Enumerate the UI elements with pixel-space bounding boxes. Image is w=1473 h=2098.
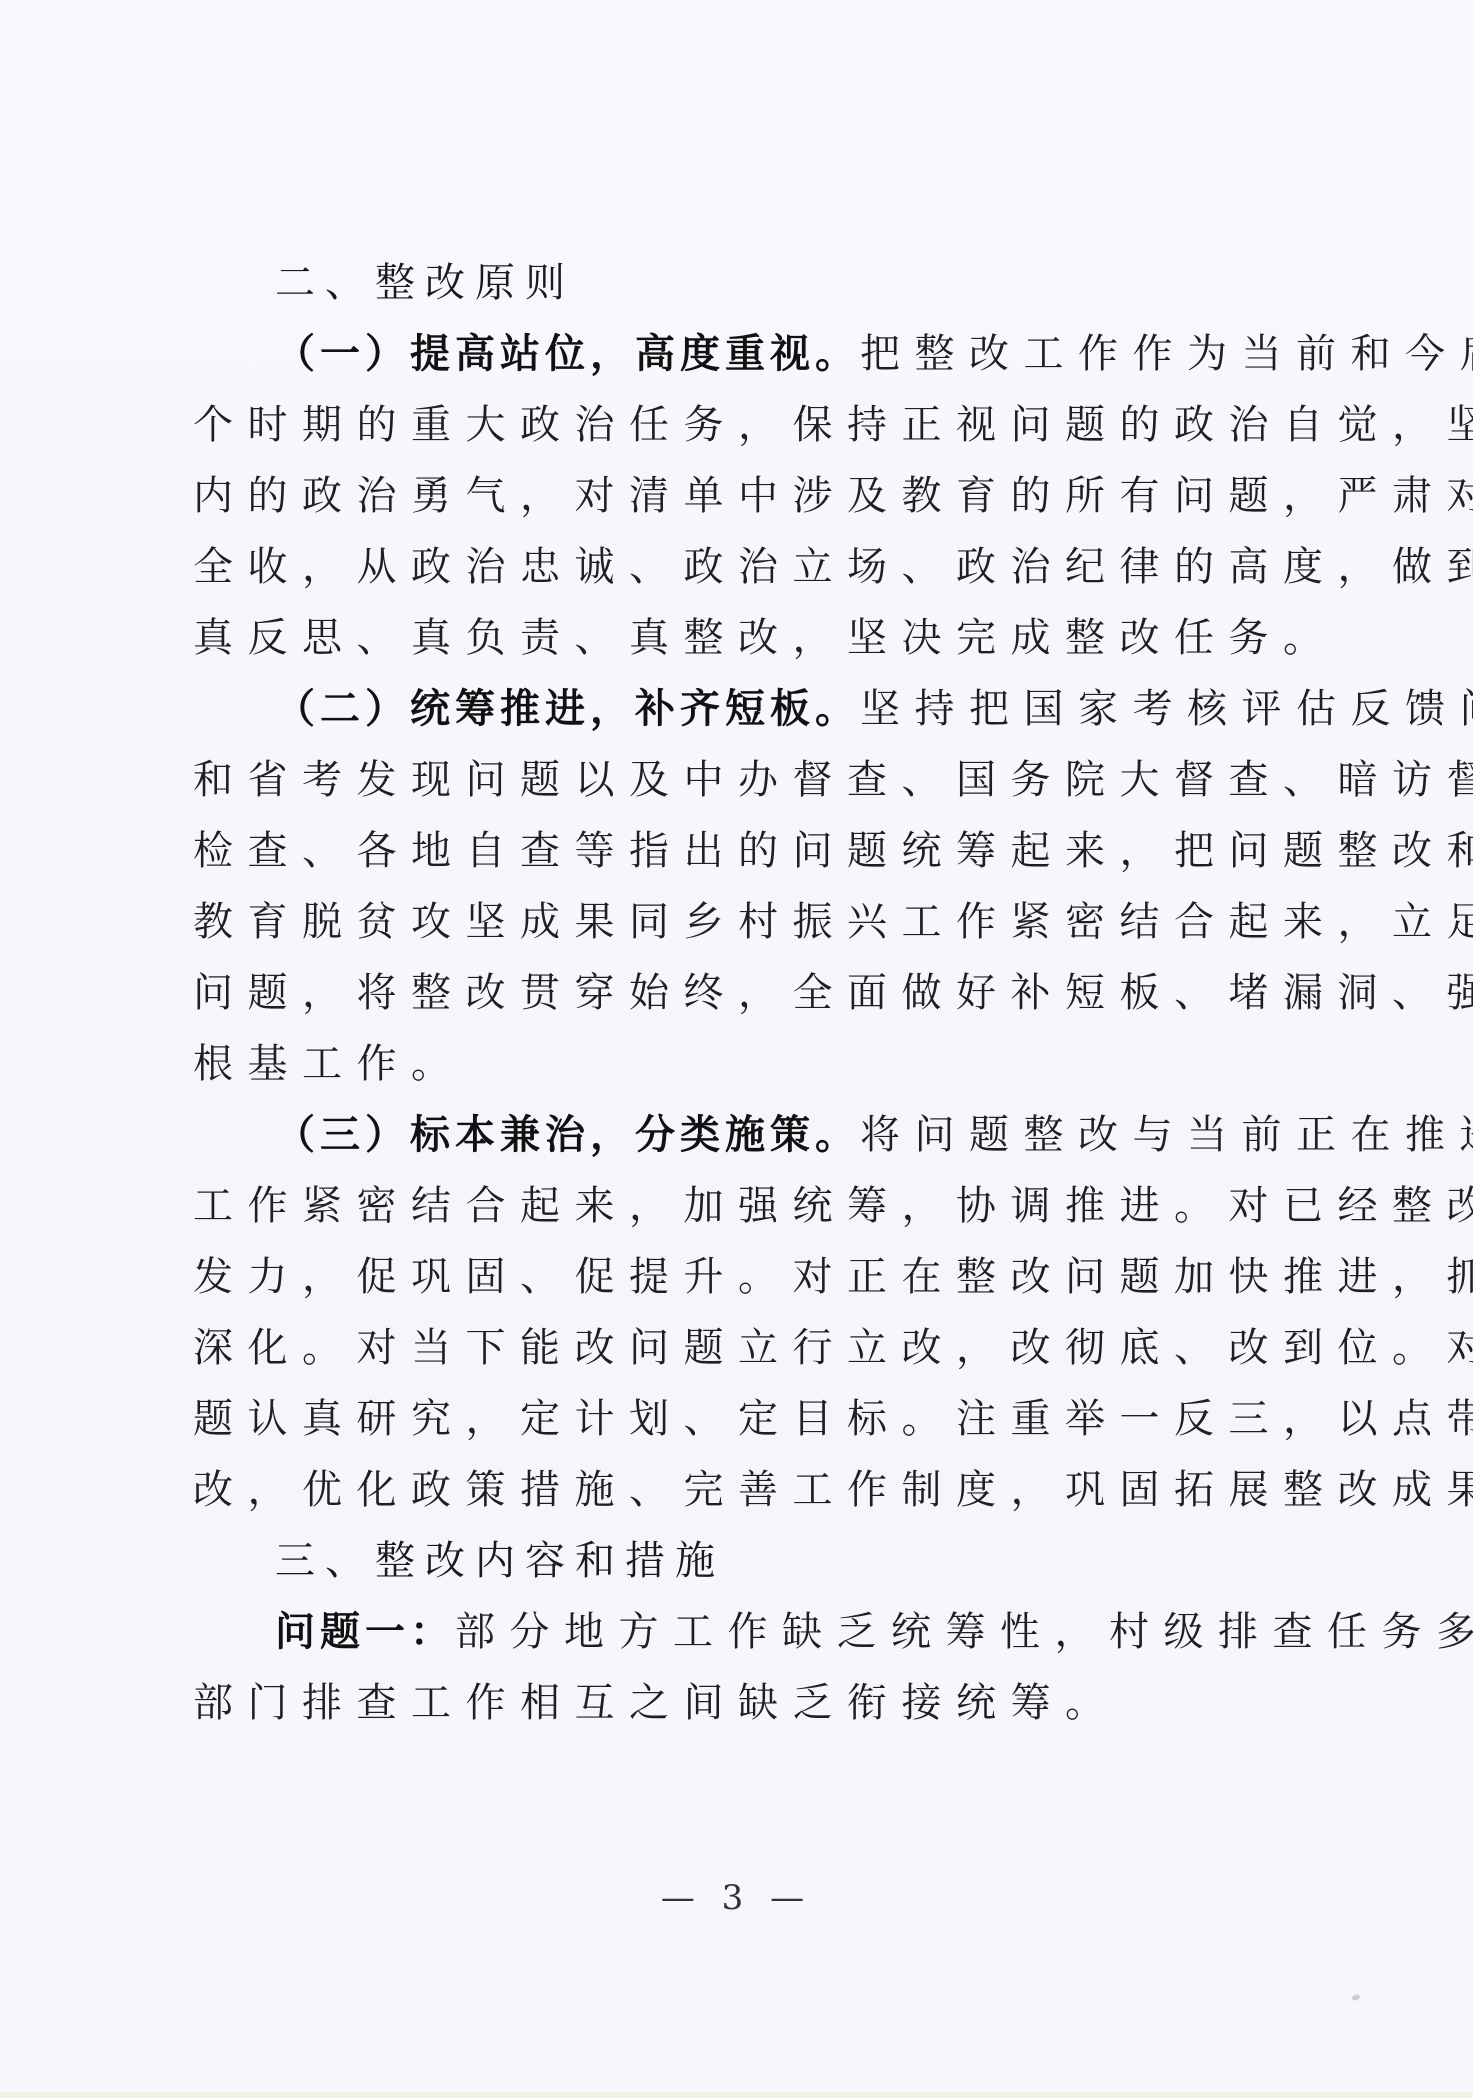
principle-3-first-line: （三）标本兼治，分类施策。将问题整改与当前正在推进的 bbox=[193, 1100, 1293, 1171]
paragraph-line: 题认真研究，定计划、定目标。注重举一反三，以点带面全面整 bbox=[193, 1384, 1293, 1455]
paragraph-line: 内的政治勇气，对清单中涉及教育的所有问题，严肃对待、照单 bbox=[193, 461, 1293, 532]
paragraph-line: 个时期的重大政治任务，保持正视问题的政治自觉，坚持刀刃向 bbox=[193, 390, 1293, 461]
paragraph-line: 改，优化政策措施、完善工作制度，巩固拓展整改成果。 bbox=[193, 1455, 1293, 1526]
document-body: 二、整改原则 （一）提高站位，高度重视。把整改工作作为当前和今后一 个时期的重大… bbox=[193, 248, 1293, 1739]
paragraph-line: 真反思、真负责、真整改，坚决完成整改任务。 bbox=[193, 603, 1293, 674]
problem-1-text: 部分地方工作缺乏统筹性，村级排查任务多头安排， bbox=[455, 1609, 1473, 1655]
paragraph-line: 检查、各地自查等指出的问题统筹起来，把问题整改和巩固拓展 bbox=[193, 816, 1293, 887]
principle-3-text: 将问题整改与当前正在推进的 bbox=[860, 1112, 1473, 1158]
paragraph-line: 和省考发现问题以及中办督查、国务院大督查、暗访督导、审计 bbox=[193, 745, 1293, 816]
principle-1-text: 把整改工作作为当前和今后一 bbox=[860, 331, 1473, 377]
principle-3-lead: （三）标本兼治，分类施策。 bbox=[275, 1112, 860, 1158]
paragraph-line: 部门排查工作相互之间缺乏衔接统筹。 bbox=[193, 1668, 1293, 1739]
scan-bottom-edge bbox=[0, 2092, 1473, 2098]
page-number: — 3 — bbox=[0, 1878, 1473, 1918]
paragraph-line: 根基工作。 bbox=[193, 1029, 1293, 1100]
principle-2-lead: （二）统筹推进，补齐短板。 bbox=[275, 686, 860, 732]
paragraph-line: 发力，促巩固、促提升。对正在整改问题加快推进，抓落实、抓 bbox=[193, 1242, 1293, 1313]
section-heading-principles: 二、整改原则 bbox=[193, 248, 1293, 319]
section-heading-measures: 三、整改内容和措施 bbox=[193, 1526, 1293, 1597]
principle-2-text: 坚持把国家考核评估反馈问题 bbox=[860, 686, 1473, 732]
principle-2-first-line: （二）统筹推进，补齐短板。坚持把国家考核评估反馈问题 bbox=[193, 674, 1293, 745]
paragraph-line: 全收，从政治忠诚、政治立场、政治纪律的高度，做到真认账、 bbox=[193, 532, 1293, 603]
problem-1-lead: 问题一： bbox=[275, 1609, 455, 1655]
document-page: 二、整改原则 （一）提高站位，高度重视。把整改工作作为当前和今后一 个时期的重大… bbox=[0, 0, 1473, 2098]
paragraph-line: 问题，将整改贯穿始终，全面做好补短板、堵漏洞、强弱项、固 bbox=[193, 958, 1293, 1029]
principle-1-lead: （一）提高站位，高度重视。 bbox=[275, 331, 860, 377]
principle-1-first-line: （一）提高站位，高度重视。把整改工作作为当前和今后一 bbox=[193, 319, 1293, 390]
paragraph-line: 教育脱贫攻坚成果同乡村振兴工作紧密结合起来，立足实际检视 bbox=[193, 887, 1293, 958]
scan-speck bbox=[1351, 1994, 1360, 2001]
paragraph-line: 深化。对当下能改问题立行立改，改彻底、改到位。对深层次问 bbox=[193, 1313, 1293, 1384]
problem-1-first-line: 问题一：部分地方工作缺乏统筹性，村级排查任务多头安排， bbox=[193, 1597, 1293, 1668]
paragraph-line: 工作紧密结合起来，加强统筹，协调推进。对已经整改问题持续 bbox=[193, 1171, 1293, 1242]
